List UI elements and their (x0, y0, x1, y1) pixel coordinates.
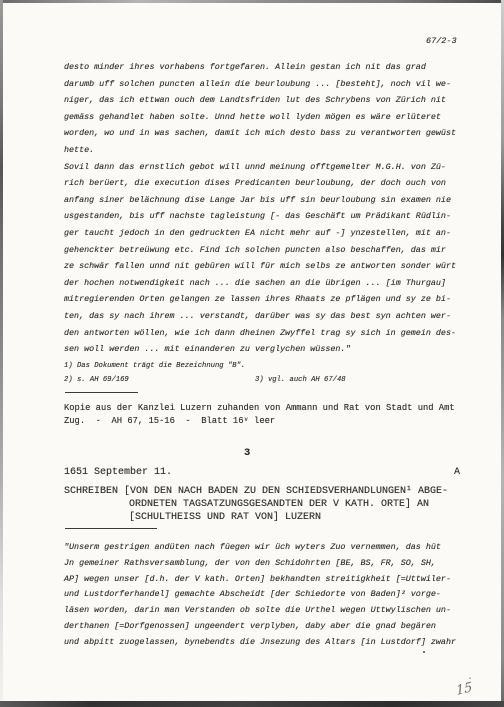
entry-number: 3 (244, 447, 250, 459)
entry2-transcript: desto minder ihres vorhabens fortgefaren… (64, 59, 466, 358)
archive-reference: 67/2-3 (426, 36, 457, 46)
footnote-1: 1) Das Dokument trägt die Bezeichnung "B… (64, 360, 245, 372)
separator-rule (65, 392, 138, 393)
entry-title-line-3: [SCHULTHEISS UND RAT VON] LUZERN (129, 511, 321, 524)
footnote-3: 3) vgl. auch AH 67/48 (255, 374, 346, 386)
scan-edge-top (0, 0, 504, 3)
document-letter: A (454, 467, 460, 478)
entry-date: 1651 September 11. (64, 467, 172, 478)
scanned-document-page: 67/2-3 desto minder ihres vorhabens fort… (0, 0, 504, 707)
footnote-2: 2) s. AH 69/169 (64, 374, 129, 386)
source-note: Kopie aus der Kanzlei Luzern zuhanden vo… (64, 402, 466, 428)
scan-speck (423, 651, 425, 653)
handwritten-page-number: 15 (455, 680, 473, 699)
separator-rule (65, 528, 157, 529)
entry-title-line-1: SCHREIBEN [VON DEN NACH BADEN ZU DEN SCH… (64, 485, 448, 498)
scan-edge-bottom (0, 701, 504, 707)
entry3-transcript: "Unserm gestrigen andüten nach füegen wi… (64, 540, 466, 651)
entry-title-line-2: ORDNETEN TAGSATZUNGSGESANDTEN DER V KATH… (129, 498, 429, 511)
scan-edge-left (0, 0, 3, 707)
